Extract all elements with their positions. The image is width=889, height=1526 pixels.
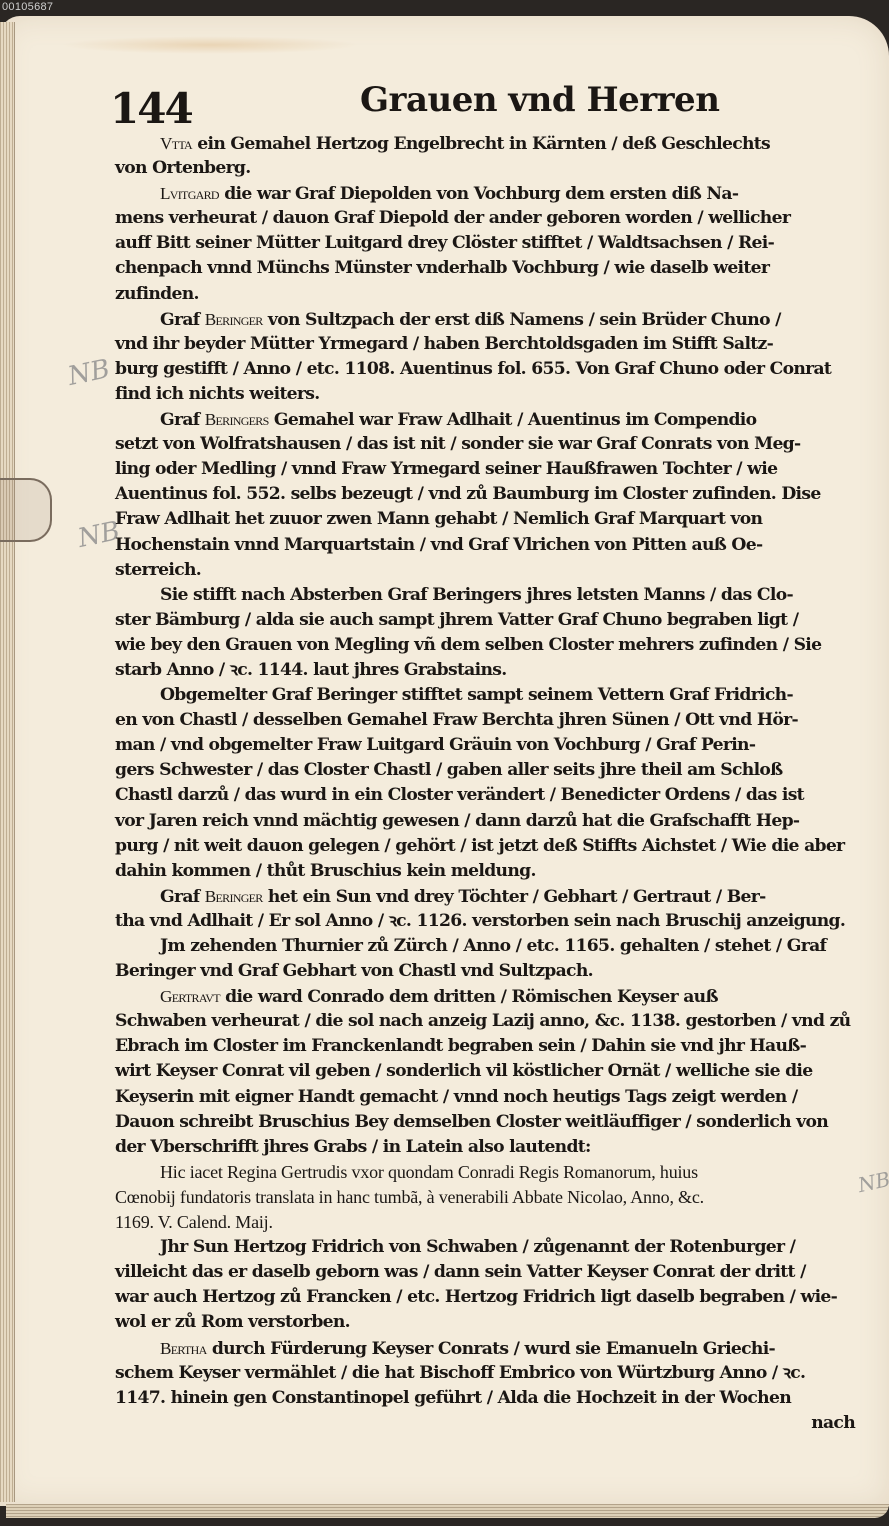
line-prefix: Graf	[160, 410, 205, 430]
text-line: Gertravt die ward Conrado dem dritten / …	[115, 984, 855, 1009]
line-text: en von Chastl / desselben Gemahel Fraw B…	[115, 710, 798, 730]
text-line: vnd ihr beyder Mütter Yrmegard / haben B…	[115, 332, 855, 357]
text-line: man / vnd obgemelter Fraw Luitgard Gräui…	[115, 733, 855, 758]
text-line: wol er zů Rom verstorben.	[115, 1310, 855, 1335]
small-caps-name: Bertha	[160, 1339, 207, 1358]
line-text: die war Graf Diepolden von Vochburg dem …	[219, 184, 738, 204]
line-text: find ich nichts weiters.	[115, 384, 320, 404]
small-caps-name: Beringer	[205, 887, 263, 906]
text-line: sterreich.	[115, 558, 855, 583]
line-text: setzt von Wolfratshausen / das ist nit /…	[115, 434, 800, 454]
line-text: wie bey den Grauen von Megling vñ dem se…	[115, 635, 821, 655]
small-caps-name: Vtta	[160, 134, 192, 153]
line-text: die ward Conrado dem dritten / Römischen…	[220, 987, 718, 1007]
line-text: vor Jaren reich vnnd mächtig gewesen / d…	[115, 811, 799, 831]
text-line: mens verheurat / dauon Graf Diepold der …	[115, 206, 855, 231]
text-line: ster Bämburg / alda sie auch sampt jhrem…	[115, 608, 855, 633]
scan-id-label: 00105687	[2, 1, 53, 13]
page-number: 144	[110, 84, 192, 133]
text-line: Graf Beringer von Sultzpach der erst diß…	[115, 307, 855, 332]
text-line: Jm zehenden Thurnier zů Zürch / Anno / e…	[115, 934, 855, 959]
line-text: Cœnobij fundatoris translata in hanc tum…	[115, 1187, 704, 1207]
text-line: setzt von Wolfratshausen / das ist nit /…	[115, 432, 855, 457]
text-line: zufinden.	[115, 282, 855, 307]
line-text: Ebrach im Closter im Franckenlandt begra…	[115, 1036, 806, 1056]
line-text: vnd ihr beyder Mütter Yrmegard / haben B…	[115, 334, 773, 354]
page-edges-left	[0, 22, 15, 1502]
line-text: chenpach vnnd Münchs Münster vnderhalb V…	[115, 258, 769, 278]
text-line: 1169. V. Calend. Maij.	[115, 1210, 855, 1235]
line-text: Sie stifft nach Absterben Graf Beringers…	[160, 585, 793, 605]
line-text: Obgemelter Graf Beringer stifftet sampt …	[160, 685, 793, 705]
line-text: Chastl darzů / das wurd in ein Closter v…	[115, 785, 804, 805]
text-line: wirt Keyser Conrat vil geben / sonderlic…	[115, 1059, 855, 1084]
page-edges-bottom	[6, 1504, 889, 1518]
text-line: wie bey den Grauen von Megling vñ dem se…	[115, 633, 855, 658]
text-line: Hochenstain vnnd Marquartstain / vnd Gra…	[115, 533, 855, 558]
line-text: wirt Keyser Conrat vil geben / sonderlic…	[115, 1061, 812, 1081]
small-caps-name: Lvitgard	[160, 184, 219, 203]
line-text: schem Keyser vermählet / die hat Bischof…	[115, 1363, 805, 1383]
text-line: chenpach vnnd Münchs Münster vnderhalb V…	[115, 256, 855, 281]
text-line: purg / nit weit dauon gelegen / gehört /…	[115, 834, 855, 859]
line-text: von Ortenberg.	[115, 158, 251, 178]
line-text: het ein Sun vnd drey Töchter / Gebhart /…	[263, 887, 766, 907]
line-text: starb Anno / ꝛc. 1144. laut jhres Grabst…	[115, 660, 507, 680]
text-line: villeicht das er daselb geborn was / dan…	[115, 1260, 855, 1285]
running-title: Grauen vnd Herren	[360, 80, 719, 120]
line-text: tha vnd Adlhait / Er sol Anno / ꝛc. 1126…	[115, 911, 845, 931]
small-caps-name: Beringers	[205, 410, 269, 429]
line-text: 1147. hinein gen Constantinopel geführt …	[115, 1388, 791, 1408]
small-caps-name: Gertravt	[160, 987, 220, 1006]
text-line: Schwaben verheurat / die sol nach anzeig…	[115, 1009, 855, 1034]
line-text: mens verheurat / dauon Graf Diepold der …	[115, 208, 790, 228]
text-line: ling oder Medling / vnnd Fraw Yrmegard s…	[115, 457, 855, 482]
text-line: Fraw Adlhait het zuuor zwen Mann gehabt …	[115, 507, 855, 532]
text-line: Beringer vnd Graf Gebhart von Chastl vnd…	[115, 959, 855, 984]
page-header: 144 Grauen vnd Herren	[110, 80, 850, 130]
line-text: sterreich.	[115, 560, 201, 580]
line-text: 1169. V. Calend. Maij.	[115, 1212, 273, 1232]
text-line: Obgemelter Graf Beringer stifftet sampt …	[115, 683, 855, 708]
book-clip	[0, 478, 52, 542]
line-prefix: Graf	[160, 310, 205, 330]
text-line: auff Bitt seiner Mütter Luitgard drey Cl…	[115, 231, 855, 256]
line-text: Hochenstain vnnd Marquartstain / vnd Gra…	[115, 535, 762, 555]
line-text: Jhr Sun Hertzog Fridrich von Schwaben / …	[160, 1237, 795, 1257]
text-line: tha vnd Adlhait / Er sol Anno / ꝛc. 1126…	[115, 909, 855, 934]
line-text: Auentinus fol. 552. selbs bezeugt / vnd …	[115, 484, 821, 504]
text-line: 1147. hinein gen Constantinopel geführt …	[115, 1386, 855, 1411]
text-line: gers Schwester / das Closter Chastl / ga…	[115, 758, 855, 783]
text-line: Auentinus fol. 552. selbs bezeugt / vnd …	[115, 482, 855, 507]
small-caps-name: Beringer	[205, 310, 263, 329]
text-line: Ebrach im Closter im Franckenlandt begra…	[115, 1034, 855, 1059]
line-text: Jm zehenden Thurnier zů Zürch / Anno / e…	[160, 936, 826, 956]
text-line: der Vberschrifft jhres Grabs / in Latein…	[115, 1135, 855, 1160]
line-text: Dauon schreibt Bruschius Bey demselben C…	[115, 1112, 828, 1132]
text-line: Graf Beringers Gemahel war Fraw Adlhait …	[115, 407, 855, 432]
line-text: Keyserin mit eigner Handt gemacht / vnnd…	[115, 1087, 797, 1107]
text-line: Sie stifft nach Absterben Graf Beringers…	[115, 583, 855, 608]
line-text: purg / nit weit dauon gelegen / gehört /…	[115, 836, 844, 856]
text-line: Vtta ein Gemahel Hertzog Engelbrecht in …	[115, 131, 855, 156]
text-line: war auch Hertzog zů Francken / etc. Hert…	[115, 1285, 855, 1310]
line-text: gers Schwester / das Closter Chastl / ga…	[115, 760, 783, 780]
text-line: Bertha durch Fürderung Keyser Conrats / …	[115, 1336, 855, 1361]
text-line: von Ortenberg.	[115, 156, 855, 181]
line-text: war auch Hertzog zů Francken / etc. Hert…	[115, 1287, 837, 1307]
text-line: starb Anno / ꝛc. 1144. laut jhres Grabst…	[115, 658, 855, 683]
line-prefix: Graf	[160, 887, 205, 907]
line-text: Hic iacet Regina Gertrudis vxor quondam …	[160, 1162, 698, 1182]
catchword: nach	[115, 1411, 855, 1436]
line-text: ling oder Medling / vnnd Fraw Yrmegard s…	[115, 459, 777, 479]
paper-stain	[60, 36, 360, 54]
line-text: Schwaben verheurat / die sol nach anzeig…	[115, 1011, 850, 1031]
line-text: Fraw Adlhait het zuuor zwen Mann gehabt …	[115, 509, 762, 529]
line-text: der Vberschrifft jhres Grabs / in Latein…	[115, 1137, 591, 1157]
line-text: durch Fürderung Keyser Conrats / wurd si…	[207, 1339, 775, 1359]
line-text: zufinden.	[115, 284, 199, 304]
line-text: dahin kommen / thůt Bruschius kein meldu…	[115, 861, 536, 881]
text-line: dahin kommen / thůt Bruschius kein meldu…	[115, 859, 855, 884]
line-text: auff Bitt seiner Mütter Luitgard drey Cl…	[115, 233, 774, 253]
text-line: Cœnobij fundatoris translata in hanc tum…	[115, 1185, 855, 1210]
text-line: vor Jaren reich vnnd mächtig gewesen / d…	[115, 809, 855, 834]
text-line: Dauon schreibt Bruschius Bey demselben C…	[115, 1110, 855, 1135]
body-text: Vtta ein Gemahel Hertzog Engelbrecht in …	[115, 131, 855, 1436]
text-line: Chastl darzů / das wurd in ein Closter v…	[115, 783, 855, 808]
line-text: man / vnd obgemelter Fraw Luitgard Gräui…	[115, 735, 755, 755]
line-text: wol er zů Rom verstorben.	[115, 1312, 350, 1332]
line-text: ein Gemahel Hertzog Engelbrecht in Kärnt…	[192, 134, 770, 154]
text-line: Keyserin mit eigner Handt gemacht / vnnd…	[115, 1085, 855, 1110]
line-text: burg gestifft / Anno / etc. 1108. Auenti…	[115, 359, 831, 379]
text-line: burg gestifft / Anno / etc. 1108. Auenti…	[115, 357, 855, 382]
text-line: schem Keyser vermählet / die hat Bischof…	[115, 1361, 855, 1386]
line-text: Gemahel war Fraw Adlhait / Auentinus im …	[269, 410, 757, 430]
line-text: Beringer vnd Graf Gebhart von Chastl vnd…	[115, 961, 593, 981]
line-text: villeicht das er daselb geborn was / dan…	[115, 1262, 806, 1282]
text-line: Lvitgard die war Graf Diepolden von Voch…	[115, 181, 855, 206]
text-line: Graf Beringer het ein Sun vnd drey Töcht…	[115, 884, 855, 909]
line-text: von Sultzpach der erst diß Namens / sein…	[263, 310, 781, 330]
text-line: Jhr Sun Hertzog Fridrich von Schwaben / …	[115, 1235, 855, 1260]
text-line: en von Chastl / desselben Gemahel Fraw B…	[115, 708, 855, 733]
line-text: ster Bämburg / alda sie auch sampt jhrem…	[115, 610, 798, 630]
text-line: find ich nichts weiters.	[115, 382, 855, 407]
text-line: Hic iacet Regina Gertrudis vxor quondam …	[115, 1160, 855, 1185]
